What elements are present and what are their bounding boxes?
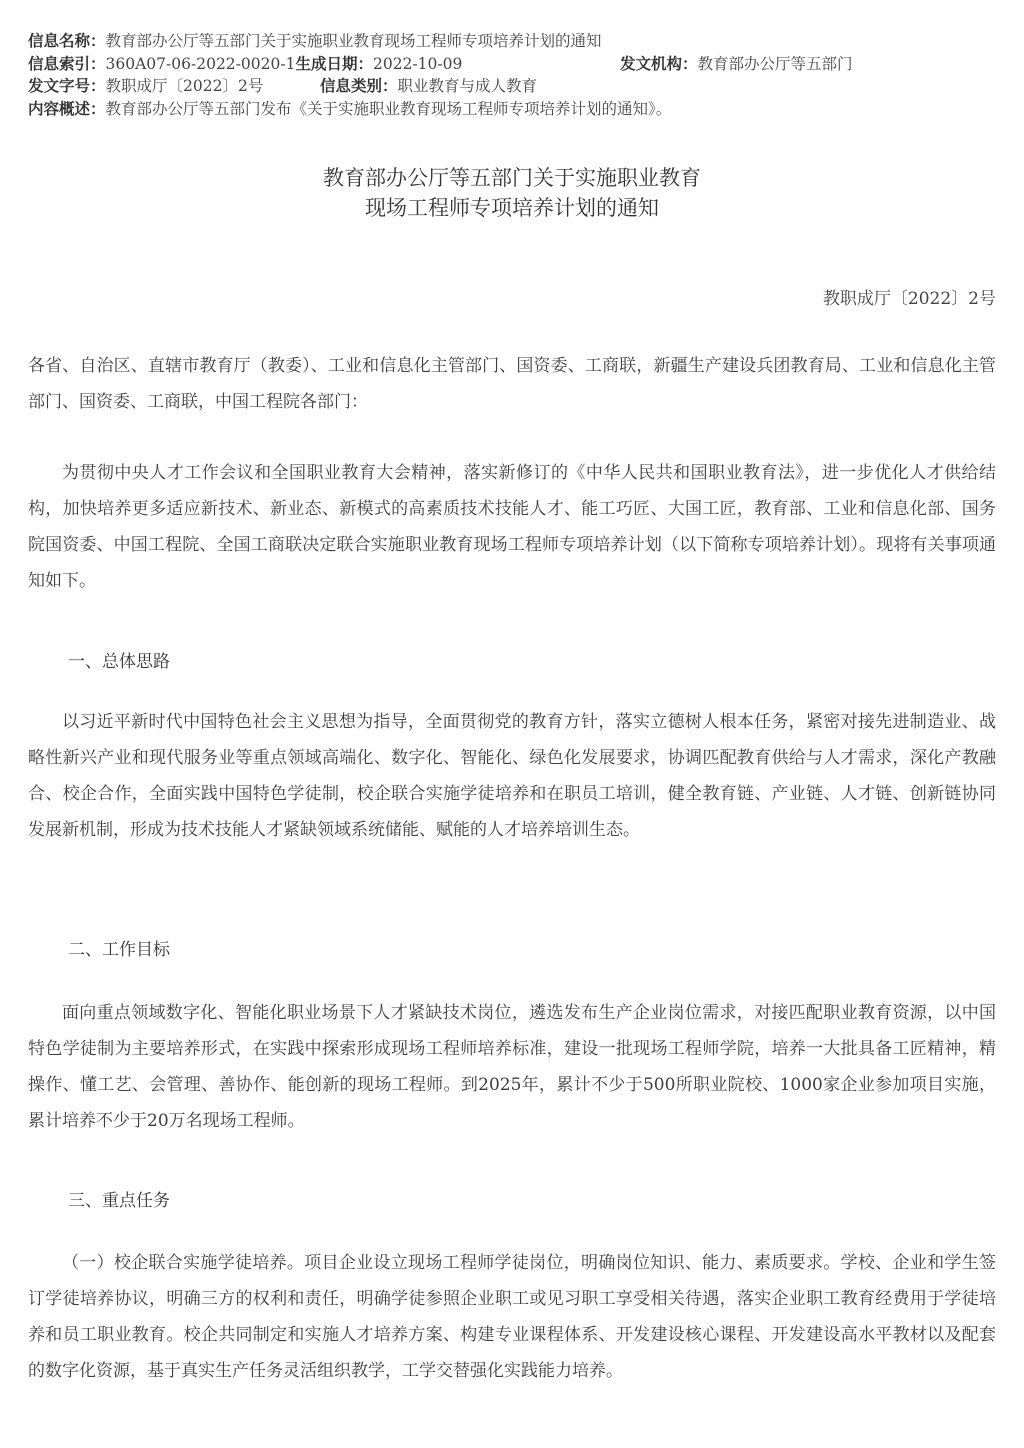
document-title: 教育部办公厅等五部门关于实施职业教育 现场工程师专项培养计划的通知 — [0, 163, 1024, 223]
meta-issuer-value: 教育部办公厅等五部门 — [698, 55, 853, 73]
title-line-1: 教育部办公厅等五部门关于实施职业教育 — [0, 163, 1024, 193]
section-heading-3: 三、重点任务 — [68, 1186, 170, 1211]
section-2-paragraph: 面向重点领域数字化、智能化职业场景下人才紧缺技术岗位，遴选发布生产企业岗位需求，… — [28, 995, 996, 1139]
intro-paragraph: 为贯彻中央人才工作会议和全国职业教育大会精神，落实新修订的《中华人民共和国职业教… — [28, 455, 996, 599]
section-1-block: 以习近平新时代中国特色社会主义思想为指导，全面贯彻党的教育方针，落实立德树人根本… — [28, 704, 996, 848]
meta-row-name: 信息名称：教育部办公厅等五部门关于实施职业教育现场工程师专项培养计划的通知 — [28, 30, 1008, 53]
intro-block: 为贯彻中央人才工作会议和全国职业教育大会精神，落实新修订的《中华人民共和国职业教… — [28, 455, 996, 599]
meta-summary-label: 内容概述： — [28, 100, 106, 118]
meta-issuer-label: 发文机构： — [620, 55, 698, 73]
title-line-2: 现场工程师专项培养计划的通知 — [0, 193, 1024, 223]
meta-docnum-label: 发文字号： — [28, 77, 106, 95]
section-2-block: 面向重点领域数字化、智能化职业场景下人才紧缺技术岗位，遴选发布生产企业岗位需求，… — [28, 995, 996, 1139]
meta-row-docnum: 发文字号：教职成厅〔2022〕2号 信息类别：职业教育与成人教育 — [28, 75, 1008, 98]
salutation-block: 各省、自治区、直辖市教育厅（教委）、工业和信息化主管部门、国资委、工商联，新疆生… — [28, 348, 996, 420]
document-number: 教职成厅〔2022〕2号 — [823, 284, 996, 309]
section-3-paragraph: （一）校企联合实施学徒培养。项目企业设立现场工程师学徒岗位，明确岗位知识、能力、… — [28, 1245, 996, 1389]
meta-category-value: 职业教育与成人教育 — [398, 77, 538, 95]
meta-date-value: 2022-10-09 — [373, 55, 462, 73]
section-heading-2: 二、工作目标 — [68, 935, 170, 960]
meta-row-summary: 内容概述：教育部办公厅等五部门发布《关于实施职业教育现场工程师专项培养计划的通知… — [28, 98, 1008, 121]
meta-date-label: 生成日期： — [295, 55, 373, 73]
meta-index-label: 信息索引： — [28, 55, 106, 73]
salutation: 各省、自治区、直辖市教育厅（教委）、工业和信息化主管部门、国资委、工商联，新疆生… — [28, 348, 996, 420]
meta-summary-value: 教育部办公厅等五部门发布《关于实施职业教育现场工程师专项培养计划的通知》。 — [106, 100, 672, 118]
section-3-block: （一）校企联合实施学徒培养。项目企业设立现场工程师学徒岗位，明确岗位知识、能力、… — [28, 1245, 996, 1389]
meta-index-value: 360A07-06-2022-0020-1 — [106, 55, 296, 73]
meta-category-label: 信息类别： — [320, 77, 398, 95]
section-heading-1: 一、总体思路 — [68, 647, 170, 672]
meta-docnum-value: 教职成厅〔2022〕2号 — [106, 77, 264, 95]
meta-name-value: 教育部办公厅等五部门关于实施职业教育现场工程师专项培养计划的通知 — [106, 32, 602, 50]
document-metadata: 信息名称：教育部办公厅等五部门关于实施职业教育现场工程师专项培养计划的通知 信息… — [28, 30, 1008, 120]
section-1-paragraph: 以习近平新时代中国特色社会主义思想为指导，全面贯彻党的教育方针，落实立德树人根本… — [28, 704, 996, 848]
meta-name-label: 信息名称： — [28, 32, 106, 50]
meta-row-index: 信息索引：360A07-06-2022-0020-1生成日期：2022-10-0… — [28, 53, 1008, 76]
